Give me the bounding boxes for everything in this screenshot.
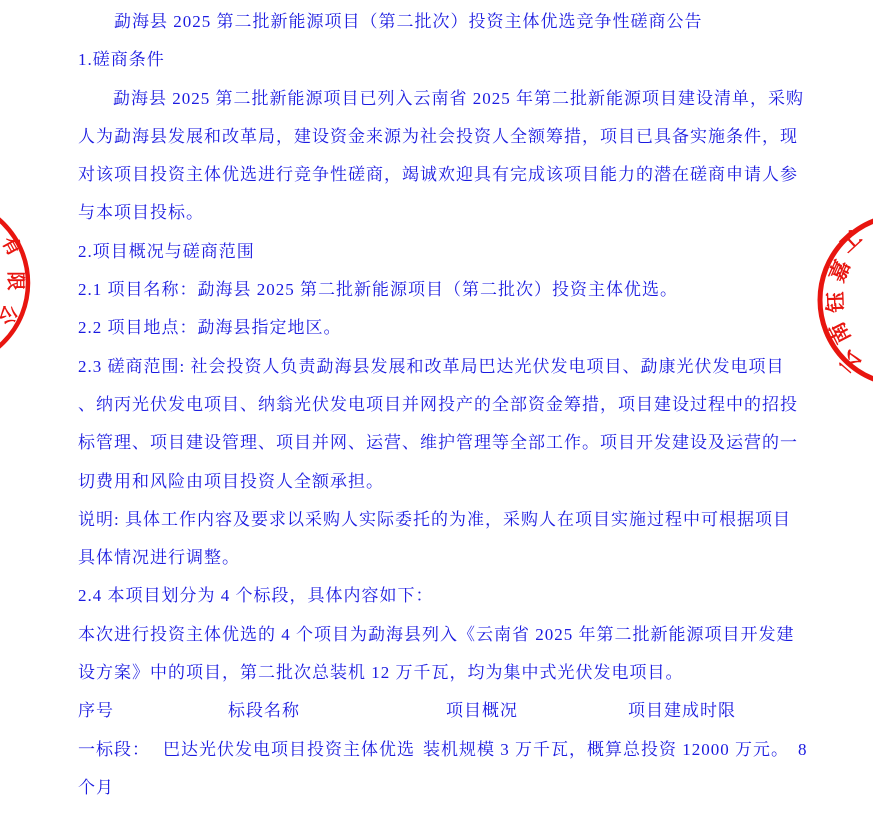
paragraph-line: 与本项目投标。 xyxy=(78,194,798,232)
paragraph-line: 勐海县 2025 第二批新能源项目已列入云南省 2025 年第二批新能源项目建设… xyxy=(78,80,798,118)
red-seal-right: 工 嘉 钰 南 云 xyxy=(815,205,873,405)
seal-ring-icon xyxy=(0,199,28,367)
column-header-seq: 序号 xyxy=(78,692,114,730)
table-header-row: 序号 标段名称 项目概况 项目建成时限 xyxy=(78,692,798,730)
paragraph-line: 设方案》中的项目，第二批次总装机 12 万千瓦，均为集中式光伏发电项目。 xyxy=(78,654,798,692)
row-deadline-part2: 个月 xyxy=(78,769,798,807)
red-seal-left: 有 限 公 xyxy=(0,195,40,375)
seal-char: 工 xyxy=(835,225,867,257)
seal-char: 限 xyxy=(5,271,27,290)
seal-char: 云 xyxy=(835,346,867,378)
column-header-section-name: 标段名称 xyxy=(228,692,300,730)
clause-2-3: 2.3 磋商范围: 社会投资人负责勐海县发展和改革局巴达光伏发电项目、勐康光伏发… xyxy=(78,348,798,386)
column-header-deadline: 项目建成时限 xyxy=(628,692,736,730)
seal-char: 公 xyxy=(0,301,22,329)
clause-2-2: 2.2 项目地点：勐海县指定地区。 xyxy=(78,309,798,347)
seal-char: 嘉 xyxy=(825,257,855,286)
row-deadline-part1: 8 xyxy=(798,740,808,759)
paragraph-line: 标管理、项目建设管理、项目并网、运营、维护管理等全部工作。项目开发建设及运营的一 xyxy=(78,424,798,462)
clause-2-1: 2.1 项目名称：勐海县 2025 第二批新能源项目（第二批次）投资主体优选。 xyxy=(78,271,798,309)
paragraph-line: 本次进行投资主体优选的 4 个项目为勐海县列入《云南省 2025 年第二批新能源… xyxy=(78,616,798,654)
seal-ring-icon xyxy=(820,215,873,385)
table-row: 一标段：巴达光伏发电项目投资主体优选装机规模 3 万千瓦，概算总投资 12000… xyxy=(78,731,798,769)
note-line: 具体情况进行调整。 xyxy=(78,539,798,577)
paragraph-line: 切费用和风险由项目投资人全额承担。 xyxy=(78,463,798,501)
document-body: 勐海县 2025 第二批新能源项目（第二批次）投资主体优选竞争性磋商公告 1.磋… xyxy=(78,3,798,807)
row-section-name: 巴达光伏发电项目投资主体优选 xyxy=(163,740,415,759)
seal-char: 钰 xyxy=(823,291,848,314)
row-seq: 一标段： xyxy=(78,740,150,759)
paragraph-line: 人为勐海县发展和改革局，建设资金来源为社会投资人全额筹措，项目已具备实施条件，现 xyxy=(78,118,798,156)
section-heading-2: 2.项目概况与磋商范围 xyxy=(78,233,798,271)
document-title: 勐海县 2025 第二批新能源项目（第二批次）投资主体优选竞争性磋商公告 xyxy=(78,3,798,41)
seal-char: 有 xyxy=(0,232,27,260)
paragraph-line: 、纳丙光伏发电项目、纳翁光伏发电项目并网投产的全部资金筹措，项目建设过程中的招投 xyxy=(78,386,798,424)
seal-char: 南 xyxy=(825,318,856,348)
row-overview: 装机规模 3 万千瓦，概算总投资 12000 万元。 xyxy=(423,740,789,759)
note-line: 说明: 具体工作内容及要求以采购人实际委托的为准，采购人在项目实施过程中可根据项… xyxy=(78,501,798,539)
paragraph-line: 对该项目投资主体优选进行竞争性磋商，竭诚欢迎具有完成该项目能力的潜在磋商申请人参 xyxy=(78,156,798,194)
column-header-overview: 项目概况 xyxy=(446,692,518,730)
clause-2-4: 2.4 本项目划分为 4 个标段，具体内容如下： xyxy=(78,577,798,615)
section-heading-1: 1.磋商条件 xyxy=(78,41,798,79)
